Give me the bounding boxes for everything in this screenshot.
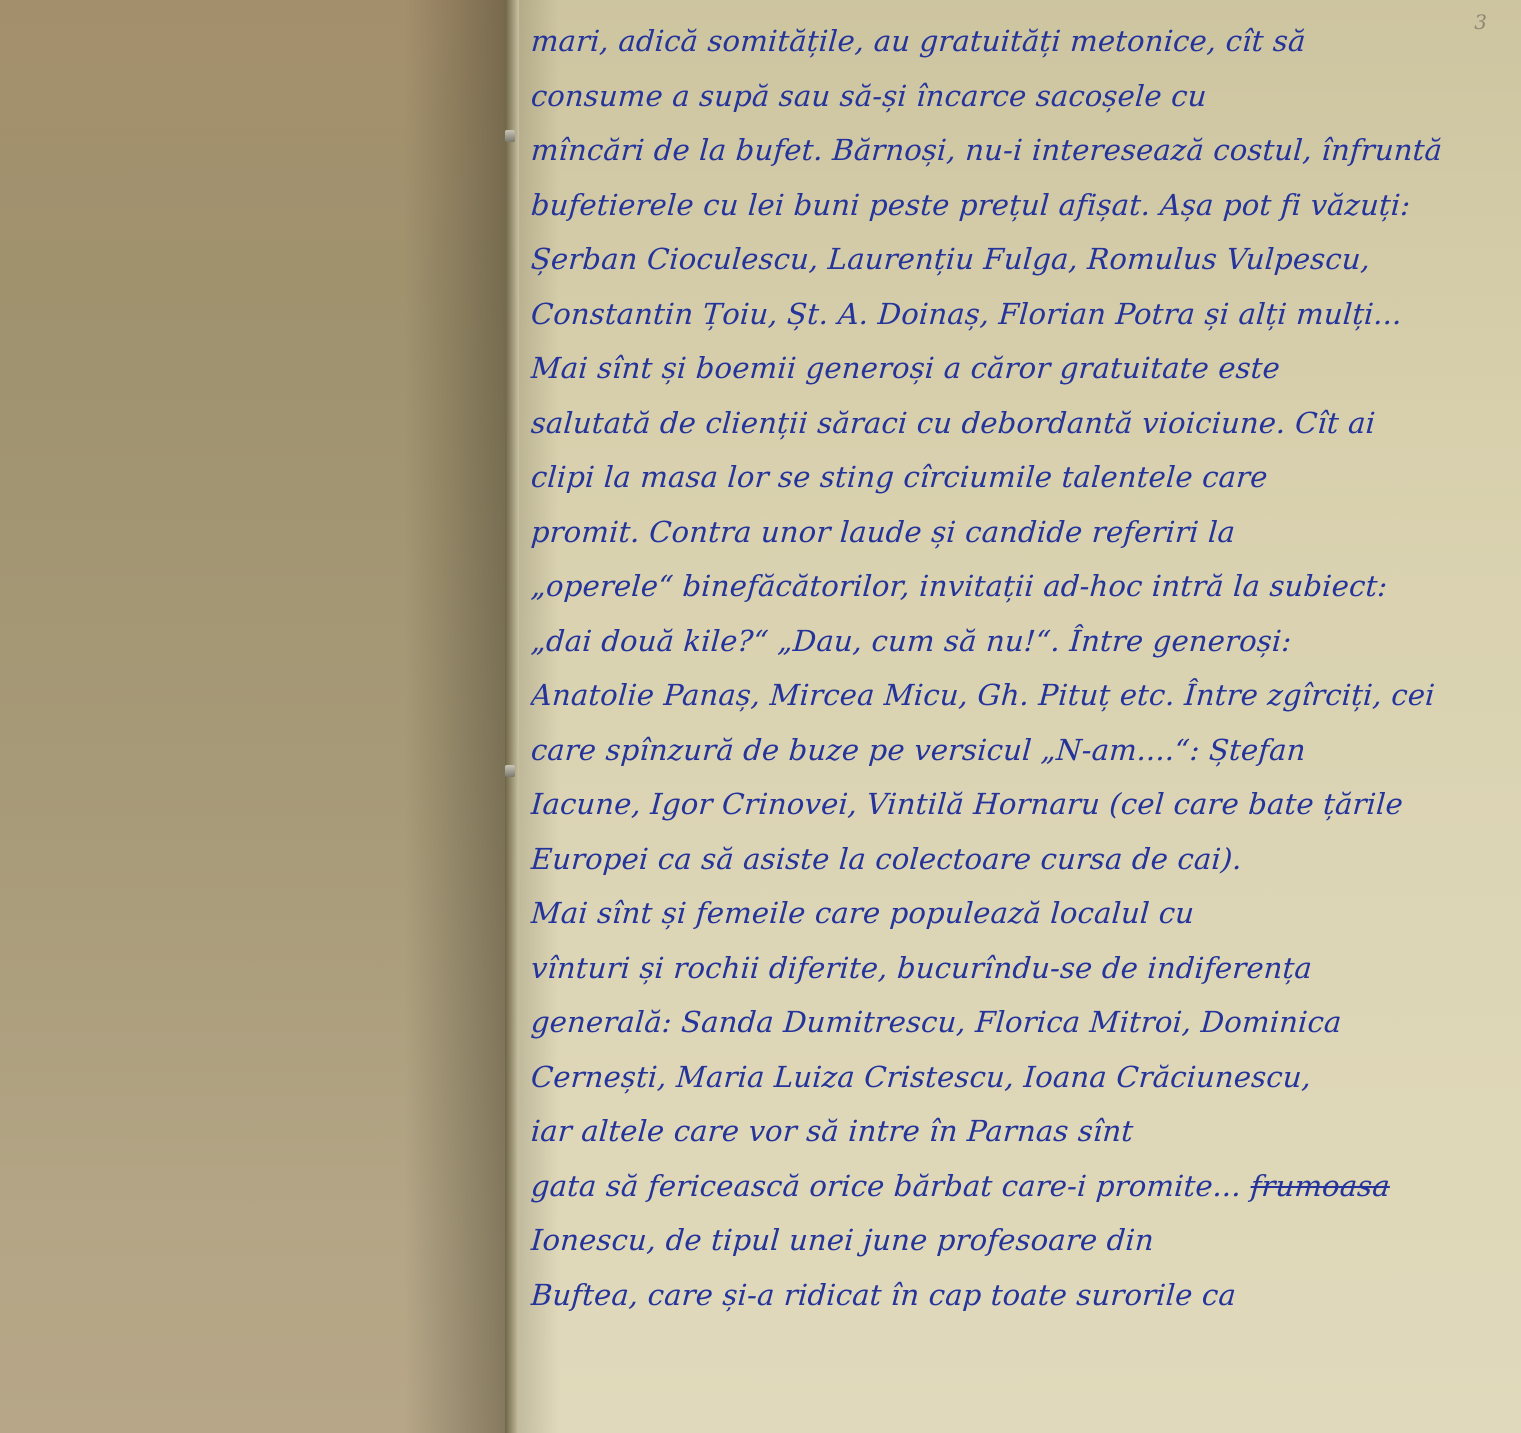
staple-icon <box>505 765 515 777</box>
manuscript-line: generală: Sanda Dumitrescu, Florica Mitr… <box>529 995 1515 1050</box>
manuscript-line: promit. Contra unor laude și candide ref… <box>529 505 1515 560</box>
manuscript-line: „dai două kile?“ „Dau, cum să nu!“. Într… <box>529 614 1515 669</box>
manuscript-line: consume a supă sau să-și încarce sacoșel… <box>529 69 1515 124</box>
manuscript-line: Mai sînt și boemii generoși a căror grat… <box>529 341 1515 396</box>
left-page-blank <box>0 0 505 1433</box>
manuscript-line: Europei ca să asiste la colectoare cursa… <box>529 832 1515 887</box>
manuscript-line: care spînzură de buze pe versicul „N-am.… <box>529 723 1515 778</box>
manuscript-line: salutată de clienții săraci cu debordant… <box>529 396 1515 451</box>
right-page-handwritten: 3 mari, adică somitățile, au gratuități … <box>519 0 1521 1433</box>
notebook-spine <box>505 0 519 1433</box>
manuscript-line: Anatolie Panaș, Mircea Micu, Gh. Pituț e… <box>529 668 1515 723</box>
manuscript-line: clipi la masa lor se sting cîrciumile ta… <box>529 450 1515 505</box>
manuscript-line: Mai sînt și femeile care populează local… <box>529 886 1515 941</box>
manuscript-line: Buftea, care și-a ridicat în cap toate s… <box>529 1268 1515 1323</box>
manuscript-line: Ionescu, de tipul unei june profesoare d… <box>529 1213 1515 1268</box>
manuscript-line: mari, adică somitățile, au gratuități me… <box>529 14 1515 69</box>
manuscript-line: iar altele care vor să intre în Parnas s… <box>529 1104 1515 1159</box>
manuscript-line: „operele“ binefăcătorilor, invitații ad-… <box>529 559 1515 614</box>
manuscript-line: Șerban Cioculescu, Laurențiu Fulga, Romu… <box>529 232 1515 287</box>
manuscript-line: Iacune, Igor Crinovei, Vintilă Hornaru (… <box>529 777 1515 832</box>
manuscript-line: vînturi și rochii diferite, bucurîndu-se… <box>529 941 1515 996</box>
notebook-spread: 3 mari, adică somitățile, au gratuități … <box>0 0 1521 1433</box>
manuscript-line: Constantin Țoiu, Șt. A. Doinaș, Florian … <box>529 287 1515 342</box>
struck-out-word: frumoasa <box>1249 1169 1391 1203</box>
manuscript-line: mîncări de la bufet. Bărnoși, nu-i inter… <box>529 123 1515 178</box>
handwritten-text-block: mari, adică somitățile, au gratuități me… <box>531 14 1513 1322</box>
staple-icon <box>505 130 515 142</box>
manuscript-line: gata să fericească orice bărbat care-i p… <box>529 1159 1515 1214</box>
manuscript-line: bufetierele cu lei buni peste prețul afi… <box>529 178 1515 233</box>
manuscript-line: Cernești, Maria Luiza Cristescu, Ioana C… <box>529 1050 1515 1105</box>
